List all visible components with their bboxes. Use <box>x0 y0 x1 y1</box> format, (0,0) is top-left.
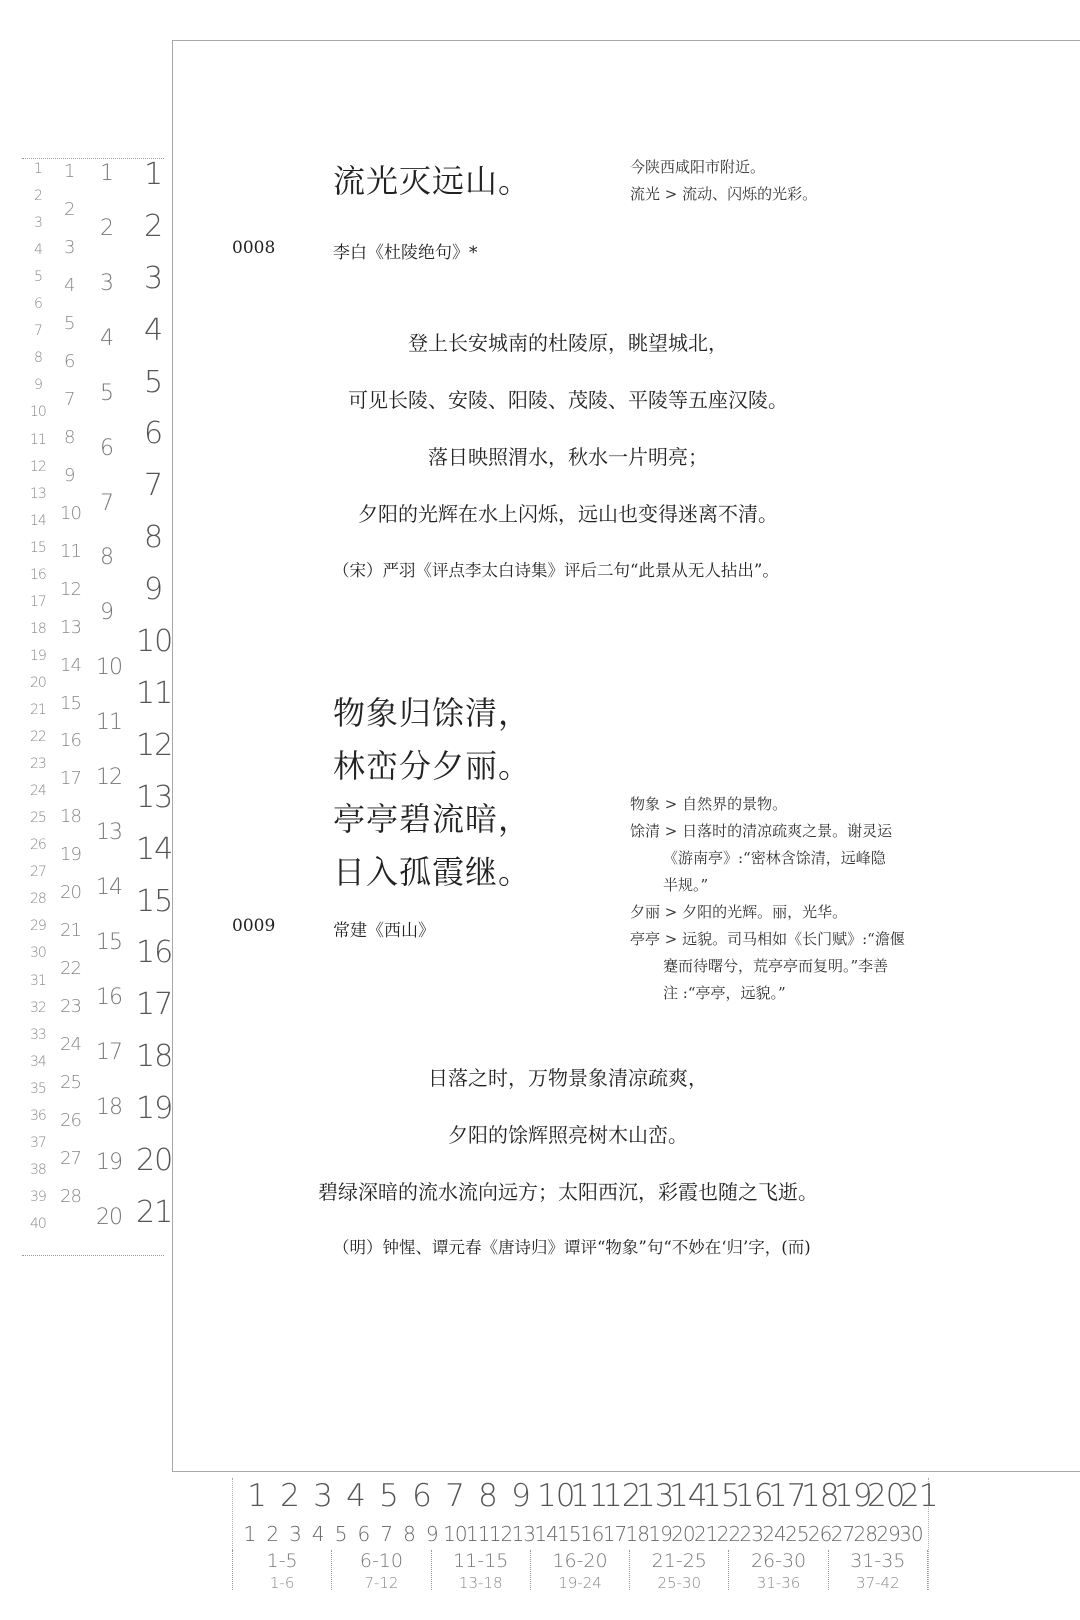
ruler-number: 13 <box>512 1522 535 1546</box>
translation-line: 夕阳的馀辉照亮树木山峦。 <box>218 1119 918 1148</box>
ruler-number: 15 <box>96 930 122 955</box>
poem-line: 日入孤霞继。 <box>333 847 531 893</box>
ruler-group-range-alt: 19-24 <box>531 1574 629 1592</box>
ruler-number: 16 <box>96 985 122 1010</box>
ruler-number: 20 <box>671 1522 694 1546</box>
ruler-number: 3 <box>284 1522 307 1546</box>
ruler-number: 7 <box>100 491 113 516</box>
ruler-number: 12 <box>136 728 172 763</box>
ruler-number: 1 <box>100 161 113 186</box>
ruler-group: 21-2525-30 <box>629 1550 728 1590</box>
ruler-number: 3 <box>64 237 74 258</box>
ruler-number: 9 <box>34 377 42 393</box>
ruler-number: 17 <box>136 987 172 1022</box>
ruler-number: 18 <box>60 806 81 827</box>
ruler-group-range: 16-20 <box>531 1550 629 1572</box>
ruler-number: 35 <box>30 1081 46 1097</box>
ruler-number: 18 <box>801 1478 834 1514</box>
ruler-number: 6 <box>144 416 162 451</box>
ruler-group: 26-3031-36 <box>728 1550 827 1590</box>
ruler-group-range-alt: 13-18 <box>432 1574 530 1592</box>
ruler-number: 12 <box>489 1522 512 1546</box>
ruler-group-range: 1-5 <box>233 1550 331 1572</box>
ruler-number: 8 <box>144 520 162 555</box>
ruler-number: 20 <box>867 1478 900 1514</box>
ruler-number: 4 <box>144 313 162 348</box>
ruler-number: 9 <box>420 1522 443 1546</box>
ruler-number: 14 <box>534 1522 557 1546</box>
ruler-number: 3 <box>306 1478 339 1514</box>
ruler-number: 24 <box>762 1522 785 1546</box>
ruler-number: 8 <box>100 545 113 570</box>
ruler-group: 6-107-12 <box>331 1550 430 1590</box>
ruler-number: 19 <box>648 1522 671 1546</box>
ruler-group-range: 6-10 <box>332 1550 430 1572</box>
ruler-number: 21 <box>694 1522 717 1546</box>
ruler-number: 7 <box>438 1478 471 1514</box>
note-line: 夕丽 > 夕阳的光辉。丽，光华。 <box>630 899 930 926</box>
ruler-number: 3 <box>34 215 42 231</box>
ruler-number: 24 <box>60 1034 81 1055</box>
ruler-number: 7 <box>375 1522 398 1546</box>
ruler-number: 40 <box>30 1216 46 1232</box>
ruler-number: 15 <box>136 884 172 919</box>
ruler-row-small: 1234567891011121314151617181920212223242… <box>238 1522 922 1546</box>
ruler-number: 1 <box>34 161 42 177</box>
ruler-number: 21 <box>900 1478 933 1514</box>
ruler-number: 2 <box>34 188 42 204</box>
ruler-number: 18 <box>626 1522 649 1546</box>
poem-line: 林峦分夕丽。 <box>333 741 531 787</box>
ruler-number: 4 <box>100 326 113 351</box>
ruler-number: 6 <box>34 296 42 312</box>
ruler-number: 27 <box>60 1148 81 1169</box>
left-line-ruler: 1234567891011121314151617181920212223242… <box>22 158 164 1256</box>
ruler-number: 17 <box>603 1522 626 1546</box>
ruler-group-range: 26-30 <box>729 1550 827 1572</box>
ruler-number: 11 <box>96 710 122 735</box>
translation-line: 夕阳的光辉在水上闪烁，远山也变得迷离不清。 <box>218 498 918 527</box>
ruler-number: 18 <box>96 1095 122 1120</box>
ruler-group-range: 21-25 <box>630 1550 728 1572</box>
ruler-number: 2 <box>273 1478 306 1514</box>
ruler-number: 12 <box>603 1478 636 1514</box>
ruler-group: 16-2019-24 <box>530 1550 629 1590</box>
ruler-number: 7 <box>144 468 162 503</box>
ruler-number: 4 <box>339 1478 372 1514</box>
ruler-number: 38 <box>30 1162 46 1178</box>
note-line: 今陕西咸阳市附近。 <box>630 154 817 181</box>
translation-line: 碧绿深暗的流水流向远方；太阳西沉，彩霞也随之飞逝。 <box>218 1176 918 1205</box>
ruler-number: 4 <box>64 275 74 296</box>
ruler-number: 20 <box>96 1205 122 1230</box>
ruler-number: 20 <box>60 882 81 903</box>
ruler-number: 14 <box>30 513 46 529</box>
ruler-number: 21 <box>136 1195 172 1230</box>
ruler-number: 16 <box>580 1522 603 1546</box>
ruler-number: 21 <box>60 920 81 941</box>
ruler-number: 26 <box>808 1522 831 1546</box>
ruler-group-range-alt: 37-42 <box>829 1574 927 1592</box>
ruler-number: 10 <box>60 503 81 524</box>
ruler-number: 10 <box>96 655 122 680</box>
ruler-number: 17 <box>60 768 81 789</box>
note-line-cont: 注 :“亭亭，远貌。” <box>630 980 930 1007</box>
poem-line-tail: 流光灭远山。 <box>333 156 531 202</box>
ruler-number: 5 <box>372 1478 405 1514</box>
ruler-number: 19 <box>60 844 81 865</box>
ruler-number: 8 <box>398 1522 421 1546</box>
note-line-cont: 半规。” <box>630 872 930 899</box>
ruler-number: 9 <box>100 600 113 625</box>
ruler-number: 14 <box>96 875 122 900</box>
ruler-number: 12 <box>96 765 122 790</box>
ruler-groups: 1-51-66-107-1211-1513-1816-2019-2421-252… <box>232 1550 928 1590</box>
ruler-number: 10 <box>30 404 46 420</box>
ruler-number: 17 <box>768 1478 801 1514</box>
ruler-number: 13 <box>96 820 122 845</box>
ruler-number: 7 <box>34 323 42 339</box>
ruler-number: 17 <box>30 594 46 610</box>
ruler-number: 2 <box>144 209 162 244</box>
ruler-number: 26 <box>60 1110 81 1131</box>
ruler-number: 29 <box>30 918 46 934</box>
note-block-0007: 今陕西咸阳市附近。 流光 > 流动、闪烁的光彩。 <box>630 154 817 208</box>
ruler-number: 25 <box>785 1522 808 1546</box>
ruler-number: 2 <box>261 1522 284 1546</box>
ruler-number: 33 <box>30 1027 46 1043</box>
entry-id-0008: 0008 <box>232 238 275 258</box>
note-line: 馀清 > 日落时的清凉疏爽之景。谢灵运 <box>630 818 930 845</box>
ruler-number: 32 <box>30 1000 46 1016</box>
ruler-number: 31 <box>30 973 46 989</box>
ruler-number: 7 <box>64 389 74 410</box>
ruler-number: 29 <box>876 1522 899 1546</box>
ruler-number: 16 <box>735 1478 768 1514</box>
ruler-number: 2 <box>64 199 74 220</box>
entry-title-0009: 常建《西山》 <box>333 916 435 941</box>
ruler-number: 14 <box>669 1478 702 1514</box>
ruler-number: 39 <box>30 1189 46 1205</box>
ruler-number: 23 <box>30 756 46 772</box>
ruler-number: 6 <box>64 351 74 372</box>
ruler-number: 30 <box>899 1522 922 1546</box>
ruler-number: 11 <box>60 541 81 562</box>
ruler-number: 15 <box>60 693 81 714</box>
ruler-group-range: 31-35 <box>829 1550 927 1572</box>
ruler-number: 30 <box>30 945 46 961</box>
poem-line: 亭亭碧流暗， <box>333 794 531 840</box>
ruler-number: 34 <box>30 1054 46 1070</box>
ruler-number: 18 <box>136 1039 172 1074</box>
ruler-number: 4 <box>306 1522 329 1546</box>
ruler-number: 19 <box>136 1091 172 1126</box>
ruler-number: 24 <box>30 783 46 799</box>
ruler-number: 3 <box>100 271 113 296</box>
ruler-number: 1 <box>238 1522 261 1546</box>
poem-line: 物象归馀清， <box>333 688 531 734</box>
commentary-0009: （明）钟惺、谭元春《唐诗归》谭评“物象”句“不妙在‘归’字，(而) <box>333 1234 811 1258</box>
ruler-number: 19 <box>96 1150 122 1175</box>
ruler-number: 19 <box>834 1478 867 1514</box>
ruler-number: 37 <box>30 1135 46 1151</box>
ruler-number: 5 <box>100 381 113 406</box>
ruler-number: 3 <box>144 261 162 296</box>
ruler-group-range-alt: 31-36 <box>729 1574 827 1592</box>
ruler-number: 28 <box>30 891 46 907</box>
ruler-number: 9 <box>144 572 162 607</box>
ruler-number: 23 <box>740 1522 763 1546</box>
ruler-number: 15 <box>702 1478 735 1514</box>
ruler-number: 25 <box>30 810 46 826</box>
ruler-number: 26 <box>30 837 46 853</box>
ruler-number: 8 <box>471 1478 504 1514</box>
ruler-group-range-alt: 25-30 <box>630 1574 728 1592</box>
translation-line: 日落之时，万物景象清凉疏爽， <box>218 1062 918 1091</box>
ruler-number: 22 <box>60 958 81 979</box>
ruler-number: 6 <box>352 1522 375 1546</box>
ruler-row-large: 123456789101112131415161718192021 <box>240 1478 933 1514</box>
ruler-number: 1 <box>240 1478 273 1514</box>
ruler-number: 15 <box>557 1522 580 1546</box>
ruler-number: 21 <box>30 702 46 718</box>
ruler-number: 13 <box>60 617 81 638</box>
ruler-number: 9 <box>504 1478 537 1514</box>
ruler-number: 6 <box>405 1478 438 1514</box>
ruler-number: 20 <box>30 675 46 691</box>
ruler-group-range: 11-15 <box>432 1550 530 1572</box>
ruler-number: 27 <box>831 1522 854 1546</box>
ruler-number: 8 <box>64 427 74 448</box>
translation-line: 落日映照渭水，秋水一片明亮； <box>218 441 918 470</box>
ruler-number: 11 <box>30 432 46 448</box>
ruler-number: 28 <box>854 1522 877 1546</box>
bottom-column-ruler: 1234567891011121314151617181920211234567… <box>232 1478 928 1590</box>
ruler-number: 14 <box>136 832 172 867</box>
ruler-number: 5 <box>34 269 42 285</box>
ruler-number: 17 <box>96 1040 122 1065</box>
ruler-number: 25 <box>60 1072 81 1093</box>
ruler-number: 20 <box>136 1143 172 1178</box>
entry-title-0008: 李白《杜陵绝句》* <box>333 238 478 263</box>
commentary-0008: （宋）严羽《评点李太白诗集》评后二句“此景从无人拈出”。 <box>333 557 779 581</box>
ruler-number: 22 <box>30 729 46 745</box>
ruler-number: 8 <box>34 350 42 366</box>
ruler-number: 13 <box>30 486 46 502</box>
translation-line: 登上长安城南的杜陵原，眺望城北， <box>218 327 918 356</box>
ruler-number: 5 <box>329 1522 352 1546</box>
ruler-number: 2 <box>100 216 113 241</box>
ruler-group: 31-3537-42 <box>828 1550 928 1590</box>
ruler-number: 10 <box>537 1478 570 1514</box>
ruler-number: 10 <box>443 1522 466 1546</box>
ruler-number: 9 <box>64 465 74 486</box>
note-line: 物象 > 自然界的景物。 <box>630 791 930 818</box>
note-line-cont: 蹇而待曙兮，荒亭亭而复明。”李善 <box>630 953 930 980</box>
ruler-number: 12 <box>30 459 46 475</box>
note-line: 流光 > 流动、闪烁的光彩。 <box>630 181 817 208</box>
ruler-number: 28 <box>60 1186 81 1207</box>
ruler-number: 27 <box>30 864 46 880</box>
ruler-number: 16 <box>30 567 46 583</box>
ruler-group: 11-1513-18 <box>431 1550 530 1590</box>
ruler-number: 11 <box>570 1478 603 1514</box>
note-block-0009: 物象 > 自然界的景物。 馀清 > 日落时的清凉疏爽之景。谢灵运 《游南亭》:“… <box>630 791 930 1007</box>
ruler-group-range-alt: 1-6 <box>233 1574 331 1592</box>
ruler-number: 5 <box>64 313 74 334</box>
ruler-group: 1-51-6 <box>232 1550 331 1590</box>
ruler-number: 4 <box>34 242 42 258</box>
translation-line: 可见长陵、安陵、阳陵、茂陵、平陵等五座汉陵。 <box>218 384 918 413</box>
note-line: 亭亭 > 远貌。司马相如《长门赋》:“澹偃 <box>630 926 930 953</box>
ruler-number: 10 <box>136 624 172 659</box>
ruler-number: 14 <box>60 655 81 676</box>
ruler-number: 18 <box>30 621 46 637</box>
ruler-number: 16 <box>136 935 172 970</box>
ruler-number: 1 <box>64 161 74 182</box>
ruler-number: 16 <box>60 730 81 751</box>
ruler-number: 5 <box>144 365 162 400</box>
ruler-number: 19 <box>30 648 46 664</box>
ruler-number: 11 <box>466 1522 489 1546</box>
ruler-number: 6 <box>100 436 113 461</box>
ruler-number: 12 <box>60 579 81 600</box>
ruler-number: 23 <box>60 996 81 1017</box>
note-line-cont: 《游南亭》:“密林含馀清，远峰隐 <box>630 845 930 872</box>
ruler-number: 15 <box>30 540 46 556</box>
ruler-group-range-alt: 7-12 <box>332 1574 430 1592</box>
entry-id-0009: 0009 <box>232 916 275 936</box>
ruler-number: 36 <box>30 1108 46 1124</box>
ruler-number: 22 <box>717 1522 740 1546</box>
ruler-number: 13 <box>636 1478 669 1514</box>
ruler-number: 1 <box>144 157 162 192</box>
ruler-number: 11 <box>136 676 172 711</box>
ruler-number: 13 <box>136 780 172 815</box>
